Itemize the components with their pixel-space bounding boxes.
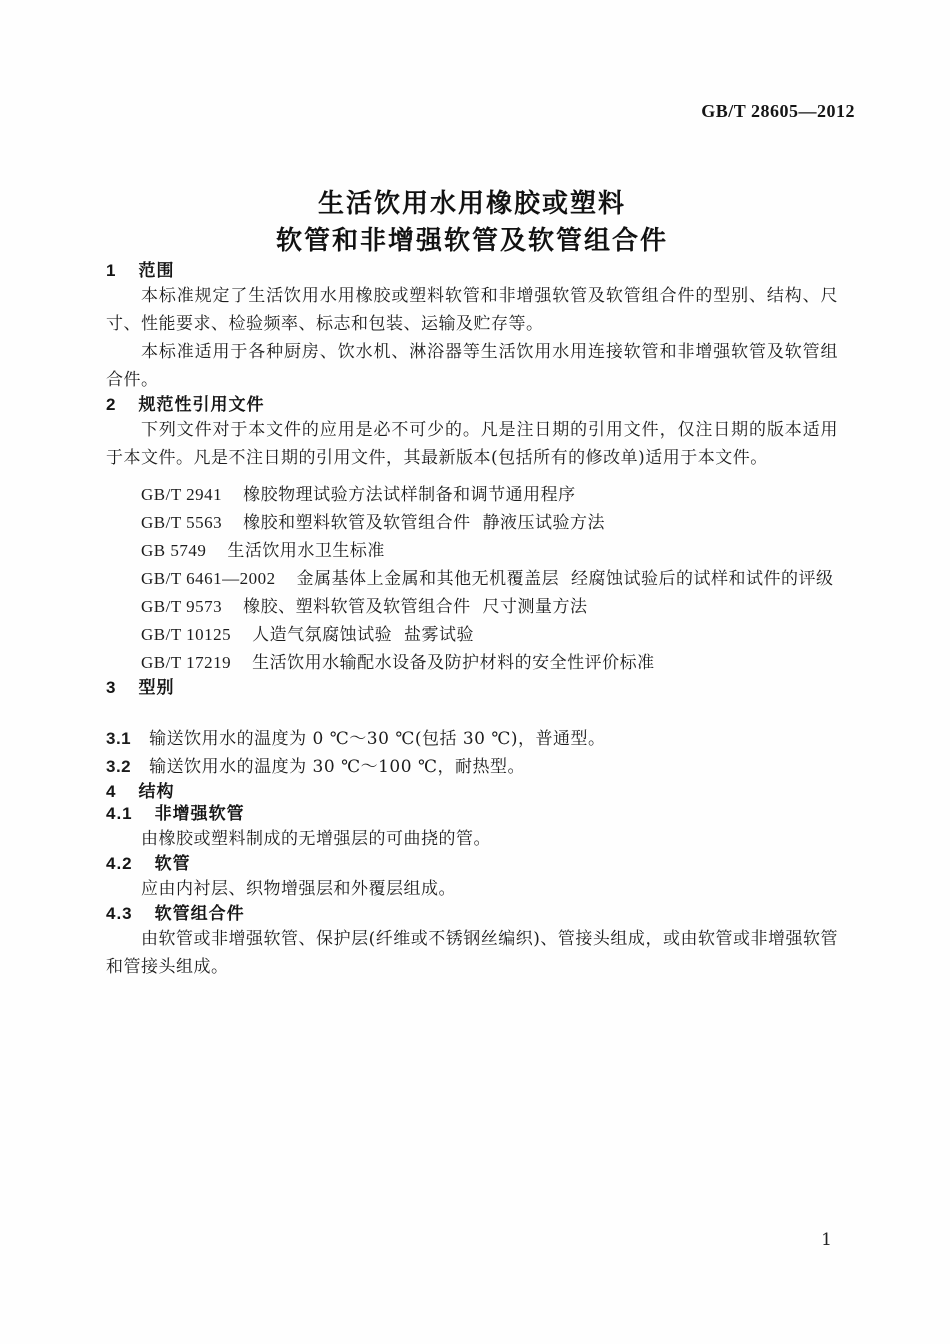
reference-code: GB/T 9573 xyxy=(141,597,222,616)
reference-item: GB 5749生活饮用水卫生标准 xyxy=(106,537,838,565)
section-heading: 3型别 xyxy=(106,677,838,699)
reference-item: GB/T 9573橡胶、塑料软管及软管组合件 尺寸测量方法 xyxy=(106,593,838,621)
section-title: 型别 xyxy=(138,678,174,698)
section-types: 3型别 3.1输送饮用水的温度为 0 ℃～30 ℃(包括 30 ℃)，普通型。 … xyxy=(106,677,838,781)
reference-title: 金属基体上金属和其他无机覆盖层 经腐蚀试验后的试样和试件的评级 xyxy=(297,569,834,589)
document-title: 生活饮用水用橡胶或塑料 软管和非增强软管及软管组合件 xyxy=(106,186,838,260)
paragraph: 本标准适用于各种厨房、饮水机、淋浴器等生活饮用水用连接软管和非增强软管及软管组合… xyxy=(106,338,838,394)
reference-item: GB/T 2941橡胶物理试验方法试样制备和调节通用程序 xyxy=(106,481,838,509)
section-number: 2 xyxy=(106,395,116,414)
reference-title: 生活饮用水输配水设备及防护材料的安全性评价标准 xyxy=(252,653,655,673)
section-title: 结构 xyxy=(138,782,174,802)
section-title: 规范性引用文件 xyxy=(138,395,264,415)
document-title-line-1: 生活饮用水用橡胶或塑料 xyxy=(106,186,838,223)
document-title-line-2: 软管和非增强软管及软管组合件 xyxy=(106,223,838,260)
clause-text: 输送饮用水的温度为 0 ℃～30 ℃(包括 30 ℃)，普通型。 xyxy=(149,729,605,749)
section-heading: 2规范性引用文件 xyxy=(106,394,838,416)
reference-title: 橡胶物理试验方法试样制备和调节通用程序 xyxy=(243,485,576,505)
reference-code: GB 5749 xyxy=(141,541,206,560)
subsection-title: 软管组合件 xyxy=(155,904,245,924)
reference-code: GB/T 10125 xyxy=(141,625,231,644)
clause-number: 3.1 xyxy=(106,729,131,748)
page-number: 1 xyxy=(821,1230,832,1250)
clause-number: 3.2 xyxy=(106,757,131,776)
section-heading: 4结构 xyxy=(106,781,838,803)
paragraph: 由软管或非增强软管、保护层(纤维或不锈钢丝编织)、管接头组成，或由软管或非增强软… xyxy=(106,925,838,981)
reference-code: GB/T 6461—2002 xyxy=(141,569,276,588)
subsection-number: 4.3 xyxy=(106,904,133,923)
clause-text: 输送饮用水的温度为 30 ℃～100 ℃，耐热型。 xyxy=(149,757,525,777)
paragraph: 由橡胶或塑料制成的无增强层的可曲挠的管。 xyxy=(106,825,838,853)
reference-title: 橡胶和塑料软管及软管组合件 静液压试验方法 xyxy=(243,513,605,533)
reference-title: 人造气氛腐蚀试验 盐雾试验 xyxy=(252,625,474,645)
page-content: GB/T 28605—2012 生活饮用水用橡胶或塑料 软管和非增强软管及软管组… xyxy=(0,100,950,981)
reference-code: GB/T 2941 xyxy=(141,485,222,504)
paragraph: 下列文件对于本文件的应用是必不可少的。凡是注日期的引用文件，仅注日期的版本适用于… xyxy=(106,416,838,472)
reference-title: 生活饮用水卫生标准 xyxy=(227,541,385,561)
subsection-number: 4.2 xyxy=(106,854,133,873)
section-structure: 4结构 4.1非增强软管 由橡胶或塑料制成的无增强层的可曲挠的管。 4.2软管 … xyxy=(106,781,838,981)
subsection-heading: 4.3软管组合件 xyxy=(106,903,838,925)
section-number: 3 xyxy=(106,678,116,697)
section-scope: 1范围 本标准规定了生活饮用水用橡胶或塑料软管和非增强软管及软管组合件的型别、结… xyxy=(106,260,838,394)
section-number: 1 xyxy=(106,261,116,280)
reference-item: GB/T 5563橡胶和塑料软管及软管组合件 静液压试验方法 xyxy=(106,509,838,537)
paragraph: 本标准规定了生活饮用水用橡胶或塑料软管和非增强软管及软管组合件的型别、结构、尺寸… xyxy=(106,282,838,338)
document-page: GB/T 28605—2012 生活饮用水用橡胶或塑料 软管和非增强软管及软管组… xyxy=(0,0,950,1344)
subsection-title: 非增强软管 xyxy=(155,804,245,824)
standard-number: GB/T 28605—2012 xyxy=(106,100,855,122)
section-heading: 1范围 xyxy=(106,260,838,282)
reference-item: GB/T 6461—2002金属基体上金属和其他无机覆盖层 经腐蚀试验后的试样和… xyxy=(106,565,838,593)
section-title: 范围 xyxy=(138,261,174,281)
section-number: 4 xyxy=(106,782,116,801)
reference-list: GB/T 2941橡胶物理试验方法试样制备和调节通用程序 GB/T 5563橡胶… xyxy=(106,481,838,677)
reference-code: GB/T 5563 xyxy=(141,513,222,532)
clause: 3.1输送饮用水的温度为 0 ℃～30 ℃(包括 30 ℃)，普通型。 xyxy=(106,725,838,753)
reference-code: GB/T 17219 xyxy=(141,653,231,672)
subsection-title: 软管 xyxy=(155,854,191,874)
reference-item: GB/T 10125人造气氛腐蚀试验 盐雾试验 xyxy=(106,621,838,649)
reference-title: 橡胶、塑料软管及软管组合件 尺寸测量方法 xyxy=(243,597,587,617)
reference-item: GB/T 17219生活饮用水输配水设备及防护材料的安全性评价标准 xyxy=(106,649,838,677)
subsection-number: 4.1 xyxy=(106,804,133,823)
paragraph: 应由内衬层、织物增强层和外覆层组成。 xyxy=(106,875,838,903)
clause: 3.2输送饮用水的温度为 30 ℃～100 ℃，耐热型。 xyxy=(106,753,838,781)
section-normative-references: 2规范性引用文件 下列文件对于本文件的应用是必不可少的。凡是注日期的引用文件，仅… xyxy=(106,394,838,677)
subsection-heading: 4.2软管 xyxy=(106,853,838,875)
subsection-heading: 4.1非增强软管 xyxy=(106,803,838,825)
